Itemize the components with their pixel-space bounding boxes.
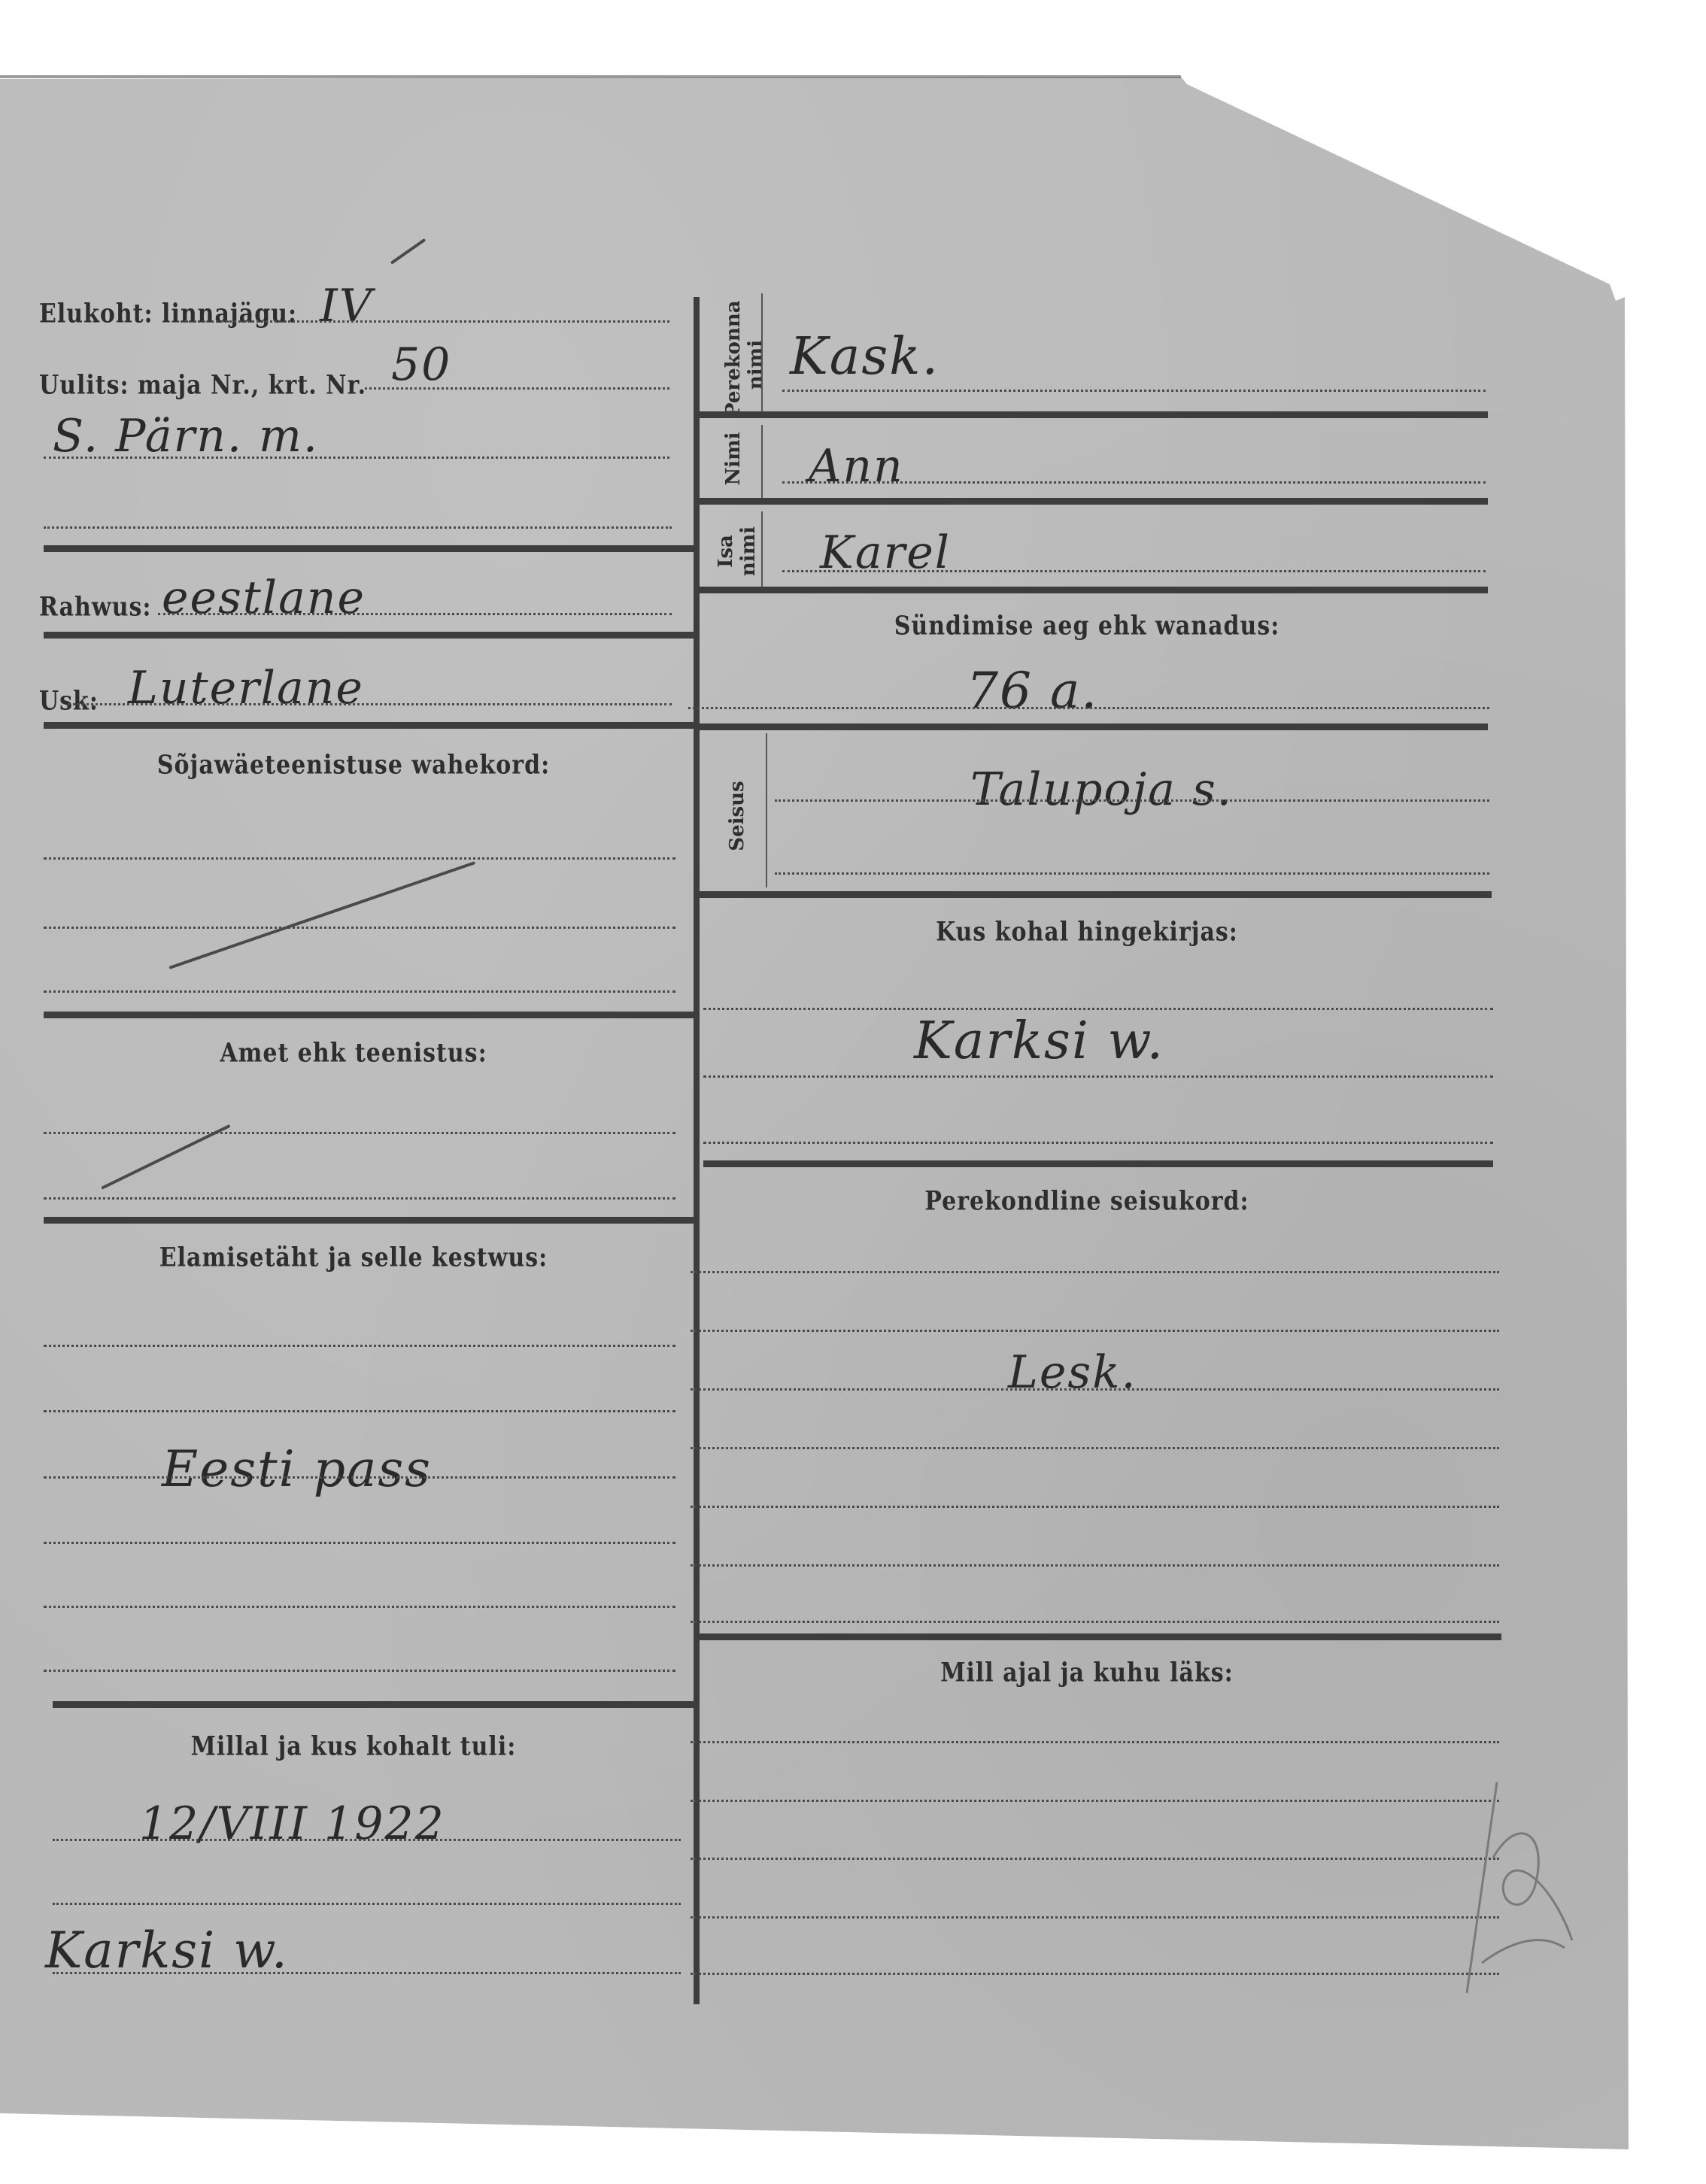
section-rule [698, 411, 1488, 418]
registry-label: Kus kohal hingekirjas: [805, 917, 1369, 947]
permit-line-3 [44, 1476, 675, 1479]
margin-initials-mark [1452, 1767, 1617, 2008]
father-name-line [782, 570, 1486, 572]
arrival-date-value: 12/VIII 1922 [139, 1797, 445, 1850]
military-service-label: Sõjawäeteenistuse wahekord: [90, 750, 617, 780]
marital-status-value: Lesk. [1008, 1346, 1137, 1399]
military-line-3 [44, 990, 675, 993]
center-divider [694, 297, 700, 2004]
street-value: S. Pärn. m. [53, 410, 319, 463]
residence-permit-label: Elamisetäht ja selle kestwus: [90, 1242, 617, 1272]
arrival-line-2 [53, 1903, 681, 1905]
religion-line [68, 703, 672, 705]
section-rule [698, 587, 1488, 593]
section-rule [698, 891, 1492, 898]
birth-label: Sündimise aeg ehk wanadus: [805, 611, 1369, 641]
birth-line [688, 707, 1489, 709]
section-rule [44, 632, 695, 639]
nationality-value: eestlane [162, 572, 366, 624]
marital-line-2 [691, 1330, 1499, 1332]
status-line-2 [775, 872, 1489, 875]
section-rule [53, 1701, 697, 1708]
section-rule [698, 723, 1488, 730]
district-label: Elukoht: linnajägu: [39, 299, 297, 329]
label-separator [761, 293, 763, 414]
religion-label: Usk: [39, 686, 99, 716]
military-line-2 [44, 927, 675, 929]
label-separator [761, 425, 763, 500]
residence-blank-line [44, 526, 672, 529]
permit-line-2 [44, 1410, 675, 1412]
label-separator [761, 511, 763, 587]
street-label: Uulits: maja Nr., krt. Nr. [39, 370, 366, 400]
military-line-1 [44, 857, 675, 860]
section-rule [698, 498, 1488, 505]
marital-status-label: Perekondline seisukord: [805, 1186, 1369, 1216]
father-name-label: Isa nimi [715, 514, 760, 589]
section-rule [44, 1217, 695, 1224]
marital-line-7 [691, 1621, 1499, 1623]
surname-label: Perekonna nimi [722, 312, 767, 417]
marital-line-1 [691, 1271, 1499, 1273]
first-name-line [782, 481, 1486, 484]
occupation-label: Amet ehk teenistus: [90, 1038, 617, 1068]
street-value-line [44, 457, 669, 459]
arrival-line-3 [53, 1972, 681, 1974]
status-line-1 [775, 799, 1489, 802]
registry-line-2 [703, 1075, 1493, 1078]
label-separator [766, 733, 767, 887]
departure-line-1 [691, 1741, 1499, 1743]
first-name-value: Ann [809, 440, 904, 493]
arrival-place-value: Karksi w. [45, 1922, 289, 1979]
residence-permit-value: Eesti pass [162, 1440, 432, 1498]
nationality-line [158, 613, 672, 615]
permit-line-4 [44, 1542, 675, 1544]
permit-line-6 [44, 1670, 675, 1672]
section-rule [44, 722, 695, 729]
permit-line-5 [44, 1606, 675, 1608]
permit-line-1 [44, 1345, 675, 1347]
registry-line-3 [703, 1142, 1493, 1144]
birth-value: 76 a. [967, 662, 1098, 720]
departure-line-4 [691, 1916, 1499, 1919]
section-rule [44, 1012, 695, 1018]
district-value: IV [320, 280, 373, 332]
registry-line-1 [703, 1008, 1493, 1010]
district-line [181, 320, 669, 323]
marital-line-5 [691, 1506, 1499, 1508]
religion-value: Luterlane [128, 662, 364, 714]
occupation-line-2 [44, 1197, 675, 1200]
section-rule [698, 1633, 1501, 1640]
marital-line-3 [691, 1388, 1499, 1391]
first-name-label: Nimi [722, 414, 752, 504]
departure-line-5 [691, 1973, 1499, 1975]
departure-line-3 [691, 1858, 1499, 1860]
marital-line-4 [691, 1447, 1499, 1449]
surname-line [782, 390, 1486, 392]
nationality-label: Rahwus: [39, 592, 151, 622]
departure-label: Mill ajal ja kuhu läks: [805, 1658, 1369, 1688]
departure-line-2 [691, 1800, 1499, 1802]
marital-line-6 [691, 1564, 1499, 1567]
section-rule [703, 1160, 1493, 1167]
paper-top-edge [0, 75, 1181, 78]
surname-value: Kask. [790, 327, 940, 387]
occupation-line-1 [44, 1132, 675, 1134]
section-rule [44, 545, 695, 552]
arrival-label: Millal ja kus kohalt tuli: [90, 1731, 617, 1761]
registry-value: Karksi w. [914, 1012, 1164, 1071]
arrival-line-1 [53, 1839, 681, 1841]
house-number-value: 50 [391, 338, 451, 391]
status-value: Talupoja s. [970, 763, 1233, 816]
status-label: Seisus [726, 771, 756, 861]
street-line [365, 387, 669, 390]
